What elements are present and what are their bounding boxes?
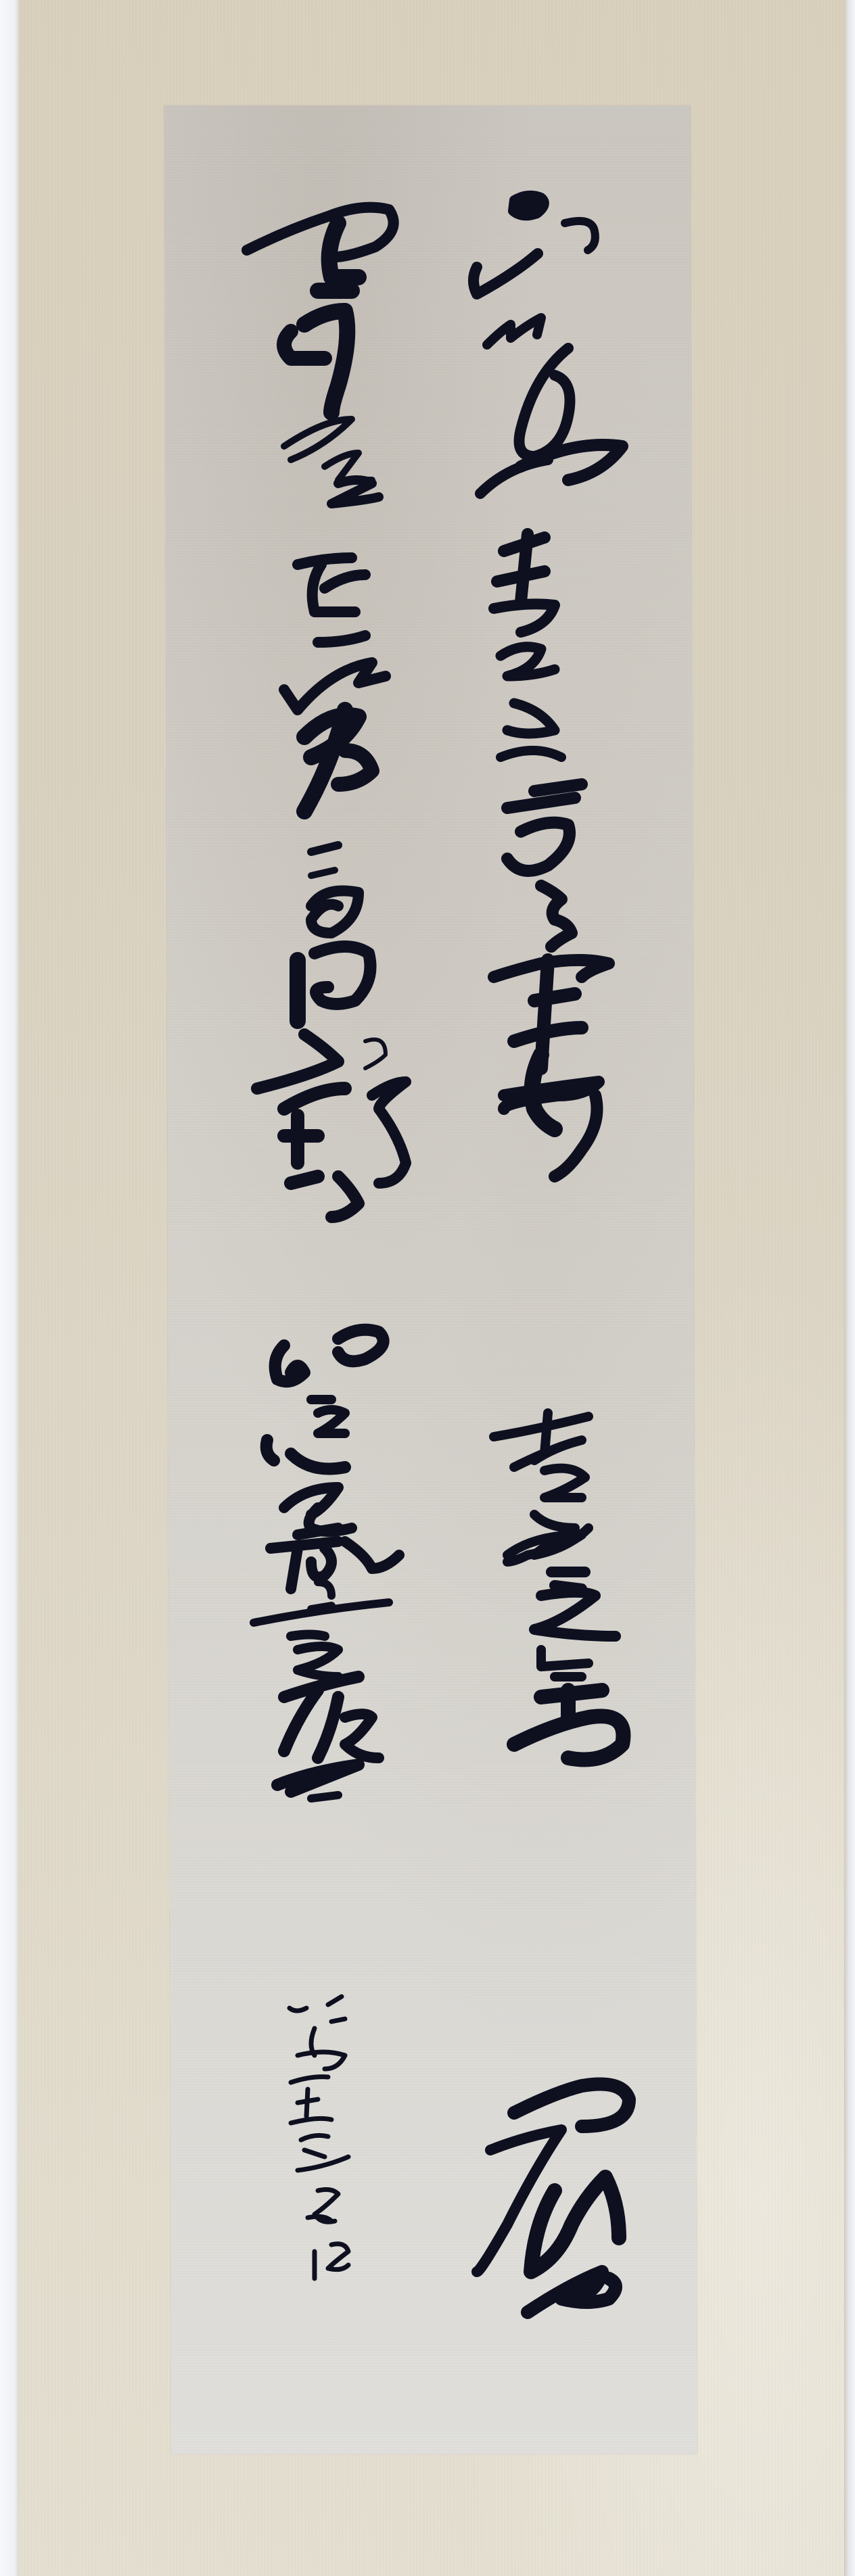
right-column <box>473 195 629 2312</box>
left-column <box>247 208 406 1798</box>
calligraphy-ink <box>0 0 855 2576</box>
signature-inscription <box>290 1997 348 2279</box>
